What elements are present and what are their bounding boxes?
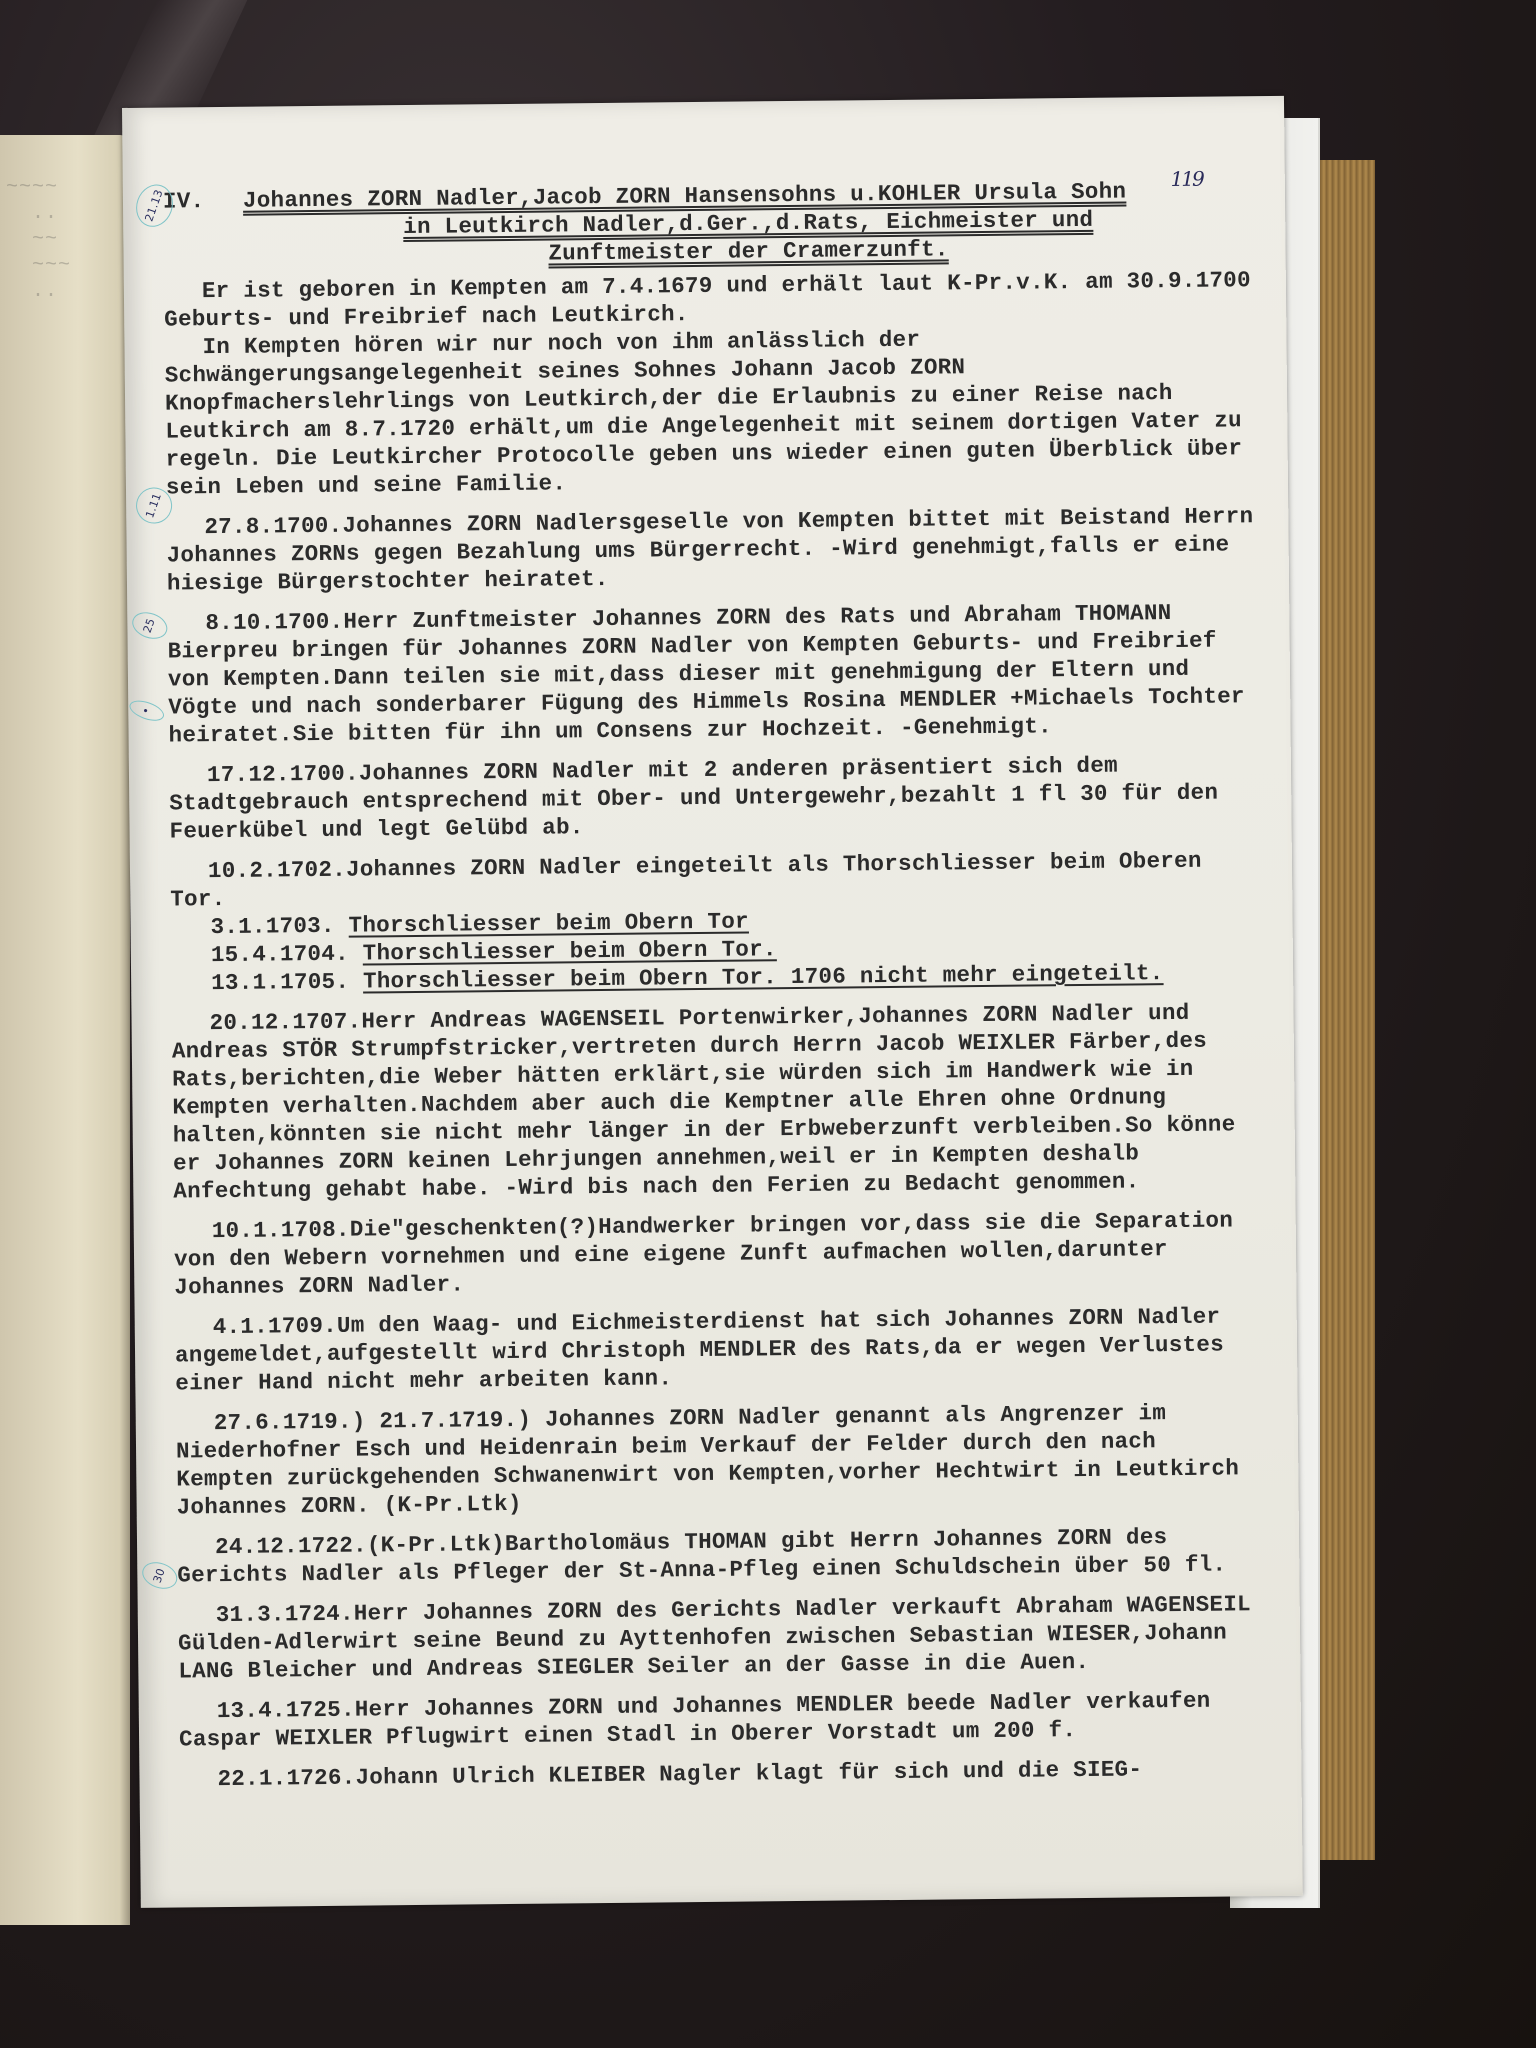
margin-annotation: 30 bbox=[139, 1558, 181, 1593]
typewritten-page: 119 21.13 1.11 25 • 30 IV. Johannes ZORN… bbox=[122, 96, 1303, 1908]
left-page: ~~~~ .. ~~ ~~~ .. bbox=[0, 135, 130, 1925]
entry-date: 13.1.1705. bbox=[211, 969, 349, 996]
page-content: 21.13 1.11 25 • 30 IV. Johannes ZORN Nad… bbox=[163, 176, 1270, 1805]
entry-date: 8.10.1700. bbox=[205, 609, 343, 636]
entry-date: 4.1.1709. bbox=[213, 1313, 337, 1340]
entry-date: 10.1.1708. bbox=[212, 1217, 350, 1244]
entry-date: 13.4.1725. bbox=[217, 1697, 355, 1724]
entry-date: 27.6.1719.) 21.7.1719.) bbox=[214, 1407, 532, 1436]
entry-text: Thorschliesser beim Obern Tor. 1706 nich… bbox=[363, 960, 1164, 994]
entry-text: Thorschliesser beim Obern Tor. bbox=[363, 936, 777, 966]
entry-date: 15.4.1704. bbox=[211, 941, 349, 968]
record-entry: 10.1.1708.Die"geschenkten(?)Handwerker b… bbox=[174, 1206, 1265, 1301]
record-entry: 13.4.1725.Herr Johannes ZORN und Johanne… bbox=[179, 1686, 1270, 1753]
entry-date: 24.12.1722. bbox=[215, 1533, 367, 1561]
entry-date: 10.2.1702. bbox=[208, 857, 346, 884]
margin-annotation: 25 bbox=[129, 608, 171, 643]
section-heading: IV. Johannes ZORN Nadler,Jacob ZORN Hans… bbox=[163, 176, 1254, 271]
margin-annotation: • bbox=[127, 697, 167, 725]
entry-text: Thorschliesser beim Obern Tor bbox=[348, 908, 749, 938]
book-page-edges bbox=[1315, 160, 1375, 1860]
entry-text: Johann Ulrich KLEIBER Nagler klagt für s… bbox=[355, 1756, 1142, 1790]
record-entry: 27.6.1719.) 21.7.1719.) Johannes ZORN Na… bbox=[176, 1398, 1267, 1521]
record-entry: 27.8.1700.Johannes ZORN Nadlersgeselle v… bbox=[166, 502, 1257, 597]
record-entry: 8.10.1700.Herr Zunftmeister Johannes ZOR… bbox=[167, 598, 1258, 749]
entry-date: 20.12.1707. bbox=[209, 1009, 361, 1037]
record-entry: 31.3.1724.Herr Johannes ZORN des Gericht… bbox=[178, 1590, 1269, 1685]
record-entry: 20.12.1707.Herr Andreas WAGENSEIL Porten… bbox=[171, 998, 1263, 1205]
entry-date: 31.3.1724. bbox=[216, 1601, 354, 1628]
record-entry: 4.1.1709.Um den Waag- und Eichmeisterdie… bbox=[175, 1302, 1266, 1397]
record-entry: 24.12.1722.(K-Pr.Ltk)Bartholomäus THOMAN… bbox=[177, 1522, 1268, 1589]
entry-date: 22.1.1726. bbox=[217, 1765, 355, 1792]
record-entry: 17.12.1700.Johannes ZORN Nadler mit 2 an… bbox=[169, 750, 1260, 845]
bleed-through-text: ~~~~ .. ~~ ~~~ .. bbox=[6, 175, 71, 305]
intro-paragraph: In Kempten hören wir nur noch von ihm an… bbox=[164, 322, 1256, 501]
entry-date: 27.8.1700. bbox=[204, 513, 342, 540]
entry-date: 17.12.1700. bbox=[207, 761, 359, 789]
record-entry: 22.1.1726.Johann Ulrich KLEIBER Nagler k… bbox=[179, 1754, 1269, 1793]
entry-date: 3.1.1703. bbox=[210, 913, 334, 940]
section-number: IV. bbox=[163, 187, 243, 216]
